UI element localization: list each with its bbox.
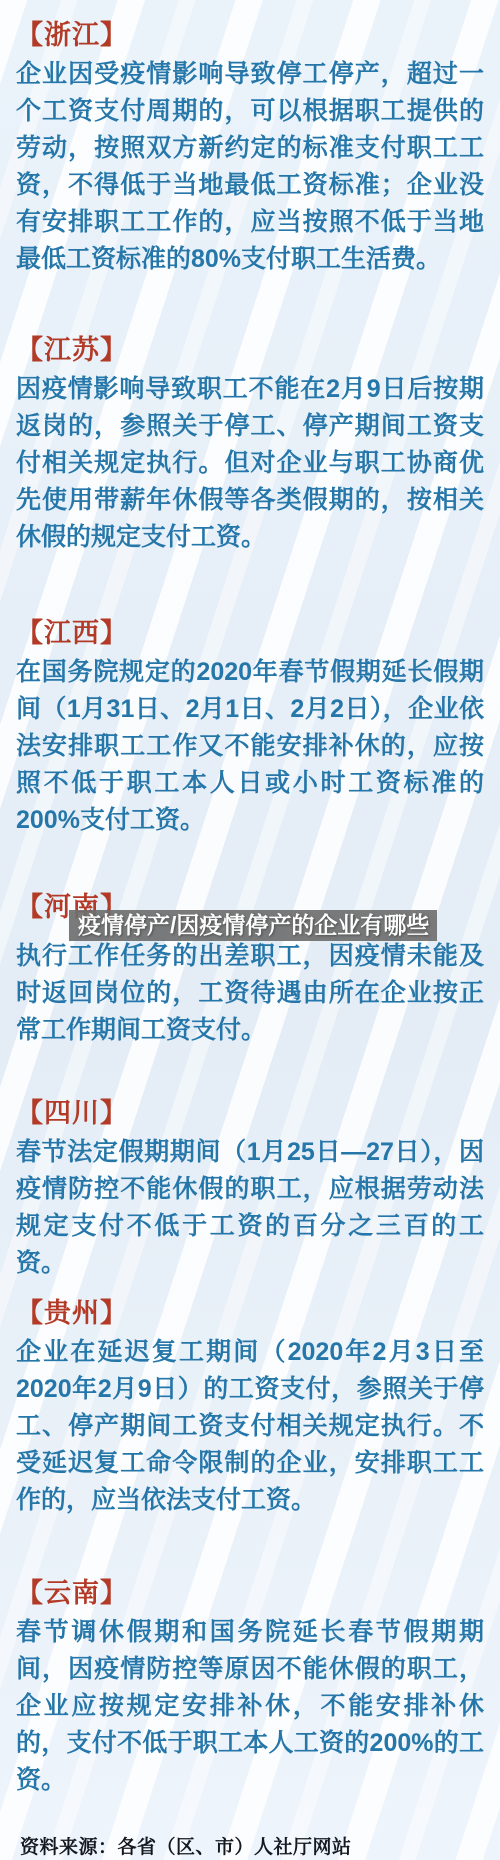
section-yunnan: 【云南】 春节调休假期和国务院延长春节假期期间，因疫情防控等原因不能休假的职工，… bbox=[16, 1576, 484, 1799]
policy-text-henan: 执行工作任务的出差职工，因疫情未能及时返回岗位的，工资待遇由所在企业按正常工作期… bbox=[16, 938, 484, 1049]
policy-text-yunnan: 春节调休假期和国务院延长春节假期期间，因疫情防控等原因不能休假的职工，企业应按规… bbox=[16, 1614, 484, 1799]
policy-text-jiangsu: 因疫情影响导致职工不能在2月9日后按期返岗的，参照关于停工、停产期间工资支付相关… bbox=[16, 371, 484, 556]
section-guizhou: 【贵州】 企业在延迟复工期间（2020年2月3日至2020年2月9日）的工资支付… bbox=[16, 1296, 484, 1519]
province-header-jiangsu: 【江苏】 bbox=[16, 333, 484, 367]
province-header-yunnan: 【云南】 bbox=[16, 1576, 484, 1610]
province-header-jiangxi: 【江西】 bbox=[16, 616, 484, 650]
video-caption-overlay: 疫情停产/因疫情停产的企业有哪些 bbox=[69, 910, 437, 941]
province-header-sichuan: 【四川】 bbox=[16, 1096, 484, 1130]
policy-text-guizhou: 企业在延迟复工期间（2020年2月3日至2020年2月9日）的工资支付，参照关于… bbox=[16, 1334, 484, 1519]
infographic-page: 【浙江】 企业因受疫情影响导致停工停产，超过一个工资支付周期的，可以根据职工提供… bbox=[0, 0, 500, 1860]
source-footer: 资料来源：各省（区、市）人社厅网站 bbox=[20, 1832, 480, 1859]
policy-text-sichuan: 春节法定假期期间（1月25日—27日），因疫情防控不能休假的职工，应根据劳动法规… bbox=[16, 1134, 484, 1282]
policy-text-jiangxi: 在国务院规定的2020年春节假期延长假期间（1月31日、2月1日、2月2日），企… bbox=[16, 654, 484, 839]
province-header-guizhou: 【贵州】 bbox=[16, 1296, 484, 1330]
section-sichuan: 【四川】 春节法定假期期间（1月25日—27日），因疫情防控不能休假的职工，应根… bbox=[16, 1096, 484, 1282]
section-zhejiang: 【浙江】 企业因受疫情影响导致停工停产，超过一个工资支付周期的，可以根据职工提供… bbox=[16, 18, 484, 278]
section-jiangsu: 【江苏】 因疫情影响导致职工不能在2月9日后按期返岗的，参照关于停工、停产期间工… bbox=[16, 333, 484, 556]
policy-text-zhejiang: 企业因受疫情影响导致停工停产，超过一个工资支付周期的，可以根据职工提供的劳动，按… bbox=[16, 56, 484, 278]
section-jiangxi: 【江西】 在国务院规定的2020年春节假期延长假期间（1月31日、2月1日、2月… bbox=[16, 616, 484, 839]
province-header-zhejiang: 【浙江】 bbox=[16, 18, 484, 52]
